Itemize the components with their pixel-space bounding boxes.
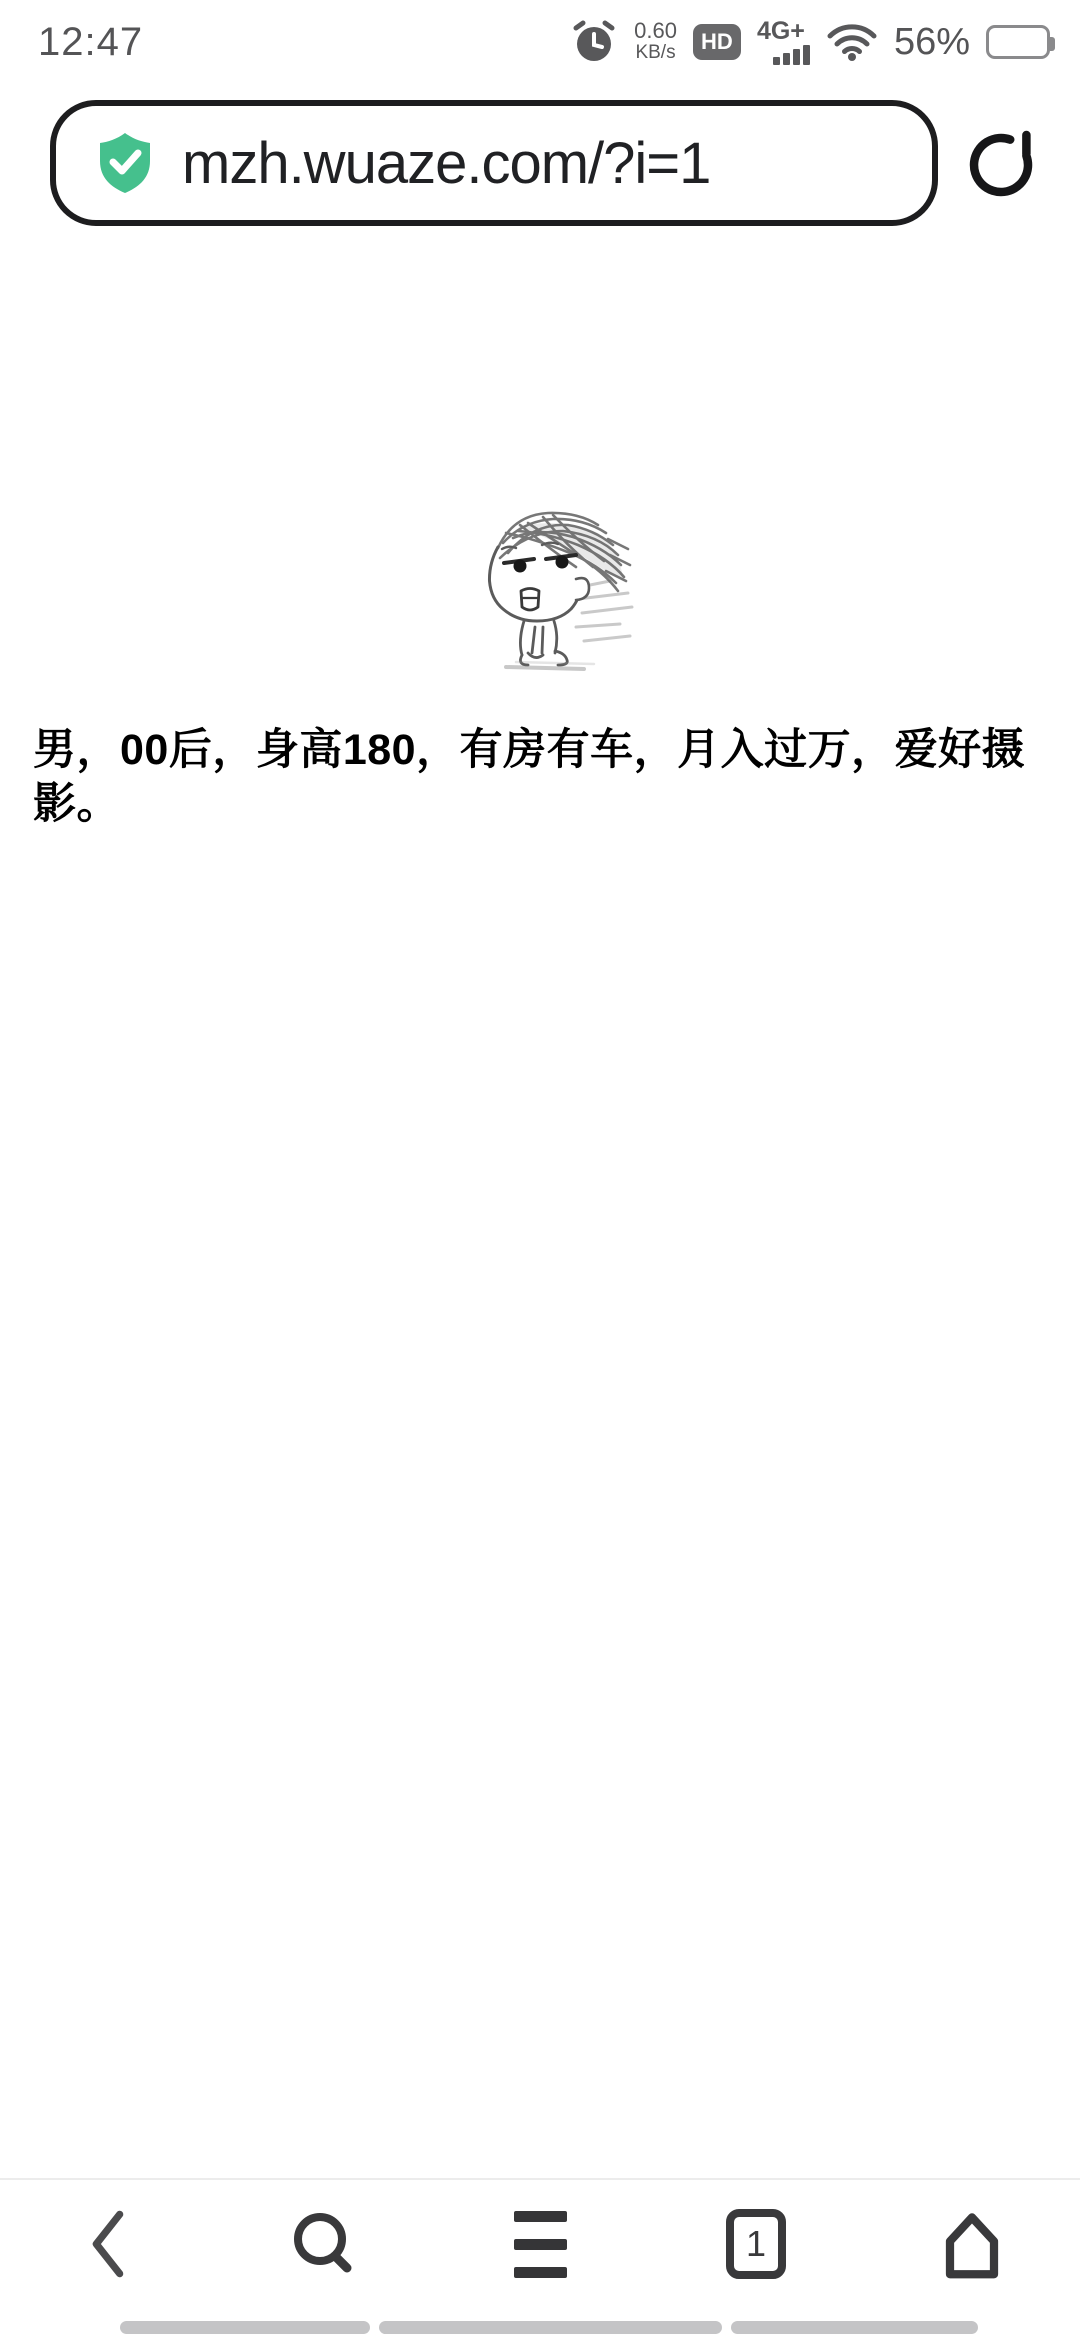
refresh-button[interactable] [958,118,1048,208]
shield-check-icon[interactable] [96,131,154,195]
phone-screen: 12:47 0.60 KB/s HD 4G+ [0,0,1080,2340]
wifi-icon [826,21,878,63]
refresh-icon [963,123,1043,203]
network-speed-value: 0.60 [634,20,677,42]
home-icon [939,2209,1005,2279]
battery-icon [986,25,1050,59]
url-bar[interactable]: mzh.wuaze.com/?i=1 [50,100,938,226]
hd-icon: HD [693,24,741,60]
network-speed: 0.60 KB/s [634,20,677,64]
network-type-label: 4G+ [757,19,805,43]
url-text[interactable]: mzh.wuaze.com/?i=1 [182,130,710,197]
network-speed-unit: KB/s [635,42,675,64]
status-bar: 12:47 0.60 KB/s HD 4G+ [0,0,1080,74]
tab-switcher-button[interactable]: 1 [648,2180,864,2308]
meme-image [458,503,640,677]
bottom-nav-bar: 1 [0,2178,1080,2340]
status-icons: 0.60 KB/s HD 4G+ 56% [570,18,1050,66]
search-button[interactable] [216,2180,432,2308]
back-button[interactable] [0,2180,216,2308]
tab-switcher-icon: 1 [726,2209,786,2279]
gesture-navigation-bar[interactable] [0,2321,1080,2335]
status-time: 12:47 [38,20,143,65]
menu-button[interactable] [432,2180,648,2308]
search-icon [290,2210,358,2278]
menu-icon [514,2211,567,2278]
home-button[interactable] [864,2180,1080,2308]
alarm-clock-icon [570,18,618,66]
signal-bars-icon [773,45,810,65]
tab-count: 1 [746,2223,766,2265]
back-chevron-icon [88,2208,128,2280]
intro-text: 男，00后，身高180，有房有车，月入过万，爱好摄影。 [33,723,1047,831]
battery-percent: 56% [894,21,970,64]
signal-4g-icon: 4G+ [757,19,810,65]
webpage-content: 男，00后，身高180，有房有车，月入过万，爱好摄影。 [0,265,1080,2178]
browser-chrome: mzh.wuaze.com/?i=1 [0,74,1080,258]
